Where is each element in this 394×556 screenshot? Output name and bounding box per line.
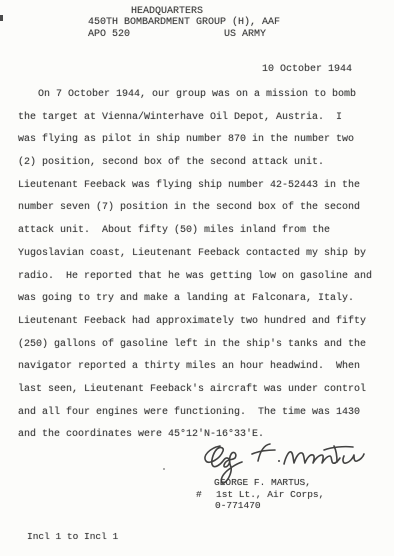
- body-line: On 7 October 1944, our group was on a mi…: [18, 84, 382, 107]
- body-line: was flying as pilot in ship number 870 i…: [18, 129, 382, 152]
- header-unit-name: 450TH BOMBARDMENT GROUP (H), AAF: [88, 17, 280, 28]
- header-apo: APO 520: [88, 29, 130, 40]
- body-line: was going to try and make a landing at F…: [18, 288, 382, 311]
- body-line: (250) gallons of gasoline left in the sh…: [18, 334, 382, 357]
- body-line: the target at Vienna/Winterhave Oil Depo…: [18, 107, 382, 130]
- body-line: attack unit. About fifty (50) miles inla…: [18, 220, 382, 243]
- body-line: (2) position, second box of the second a…: [18, 152, 382, 175]
- signature-rank: 1st Lt., Air Corps,: [216, 489, 324, 500]
- scan-artifact-dot: [163, 468, 165, 470]
- letter-body: On 7 October 1944, our group was on a mi…: [18, 84, 382, 447]
- body-line: and all four engines were functioning. T…: [18, 402, 382, 425]
- signature-typed-name: GEORGE F. MARTUS,: [214, 477, 311, 488]
- body-line: Lieutenant Feeback had approximately two…: [18, 311, 382, 334]
- letter-date: 10 October 1944: [262, 64, 352, 75]
- scanned-letter-page: HEADQUARTERS 450TH BOMBARDMENT GROUP (H)…: [0, 0, 394, 556]
- header-us-army: US ARMY: [224, 29, 266, 40]
- body-line: Lieutenant Feeback was flying ship numbe…: [18, 175, 382, 198]
- scan-artifact-mark: [0, 15, 3, 21]
- inclosure-note: Incl 1 to Incl 1: [27, 531, 118, 542]
- body-line: navigator reported a thirty miles an hou…: [18, 356, 382, 379]
- body-line: Yugoslavian coast, Lieutenant Feeback co…: [18, 243, 382, 266]
- signature-serial-number: 0-771470: [215, 500, 261, 511]
- signature-rank-mark: #: [196, 489, 202, 500]
- header-headquarters: HEADQUARTERS: [131, 6, 203, 17]
- body-line: number seven (7) position in the second …: [18, 197, 382, 220]
- body-line: last seen, Lieutenant Feeback's aircraft…: [18, 379, 382, 402]
- body-line: radio. He reported that he was getting l…: [18, 266, 382, 289]
